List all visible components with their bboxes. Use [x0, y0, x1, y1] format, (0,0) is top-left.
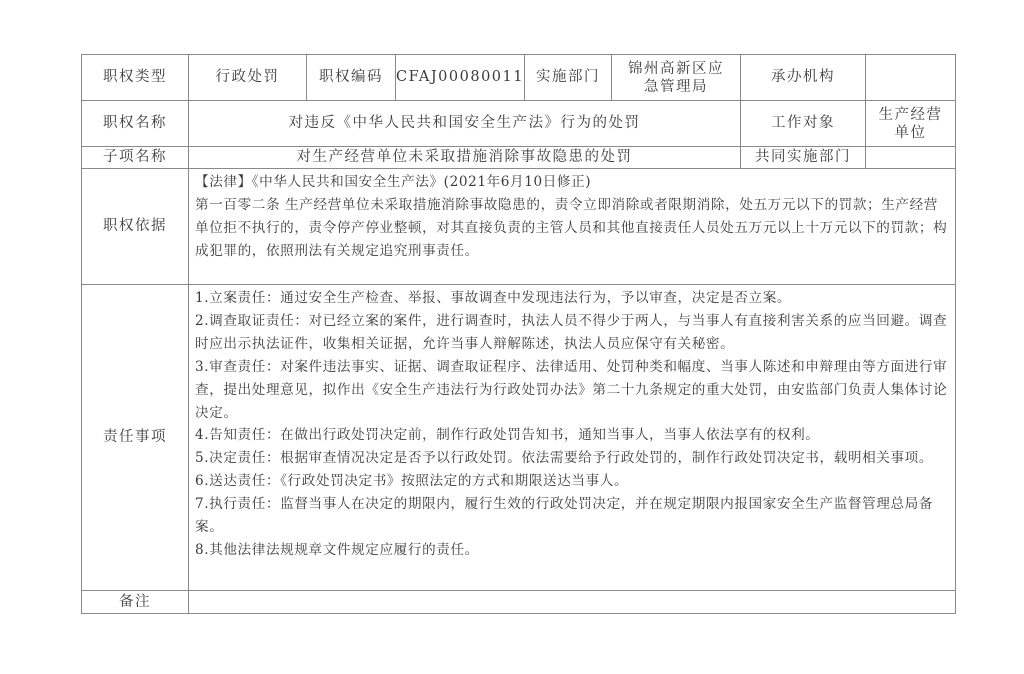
dept-value-line2: 急管理局	[612, 78, 740, 96]
basis-line-1: 【法律】《中华人民共和国安全生产法》(2021年6月10日修正)	[195, 171, 951, 194]
duty-item-1: 1.立案责任：通过安全生产检查、举报、事故调查中发现违法行为，予以审查，决定是否…	[195, 287, 951, 310]
target-label: 工作对象	[740, 101, 865, 147]
name-value: 对违反《中华人民共和国安全生产法》行为的处罚	[189, 101, 741, 147]
basis-content: 【法律】《中华人民共和国安全生产法》(2021年6月10日修正) 第一百零二条 …	[189, 169, 956, 285]
sub-value: 对生产经营单位未采取措施消除事故隐患的处罚	[189, 147, 741, 169]
duty-item-2: 2.调查取证责任：对已经立案的案件，进行调查时，执法人员不得少于两人，与当事人有…	[195, 310, 951, 356]
code-value: CFAJ00080011	[396, 55, 525, 101]
type-label: 职权类型	[82, 55, 189, 101]
target-value: 生产经营 单位	[865, 101, 955, 147]
code-label: 职权编码	[307, 55, 396, 101]
dept-value-line1: 锦州高新区应	[612, 60, 740, 78]
basis-line-2: 第一百零二条 生产经营单位未采取措施消除事故隐患的，责令立即消除或者限期消除，处…	[195, 194, 951, 263]
dept-label: 实施部门	[524, 55, 611, 101]
duty-item-8: 8.其他法律法规规章文件规定应履行的责任。	[195, 539, 951, 562]
joint-value	[865, 147, 955, 169]
duty-item-5: 5.决定责任：根据审查情况决定是否予以行政处罚。依法需要给予行政处罚的，制作行政…	[195, 447, 951, 470]
authority-table: 职权类型 行政处罚 职权编码 CFAJ00080011 实施部门 锦州高新区应 …	[81, 54, 956, 614]
basis-label: 职权依据	[82, 169, 189, 285]
remarks-value	[189, 591, 956, 614]
handler-label: 承办机构	[740, 55, 865, 101]
target-value-line2: 单位	[866, 124, 955, 142]
sub-label: 子项名称	[82, 147, 189, 169]
name-label: 职权名称	[82, 101, 189, 147]
duties-label: 责任事项	[82, 285, 189, 591]
target-value-line1: 生产经营	[866, 106, 955, 124]
type-value: 行政处罚	[189, 55, 307, 101]
duty-item-4: 4.告知责任：在做出行政处罚决定前，制作行政处罚告知书，通知当事人，当事人依法享…	[195, 424, 951, 447]
handler-value	[865, 55, 955, 101]
joint-label: 共同实施部门	[740, 147, 865, 169]
duties-content: 1.立案责任：通过安全生产检查、举报、事故调查中发现违法行为，予以审查，决定是否…	[189, 285, 956, 591]
duty-item-3: 3.审查责任：对案件违法事实、证据、调查取证程序、法律适用、处罚种类和幅度、当事…	[195, 356, 951, 425]
dept-value: 锦州高新区应 急管理局	[611, 55, 740, 101]
duty-item-7: 7.执行责任：监督当事人在决定的期限内，履行生效的行政处罚决定，并在规定期限内报…	[195, 493, 951, 539]
duty-item-6: 6.送达责任：《行政处罚决定书》按照法定的方式和期限送达当事人。	[195, 470, 951, 493]
remarks-label: 备注	[82, 591, 189, 614]
